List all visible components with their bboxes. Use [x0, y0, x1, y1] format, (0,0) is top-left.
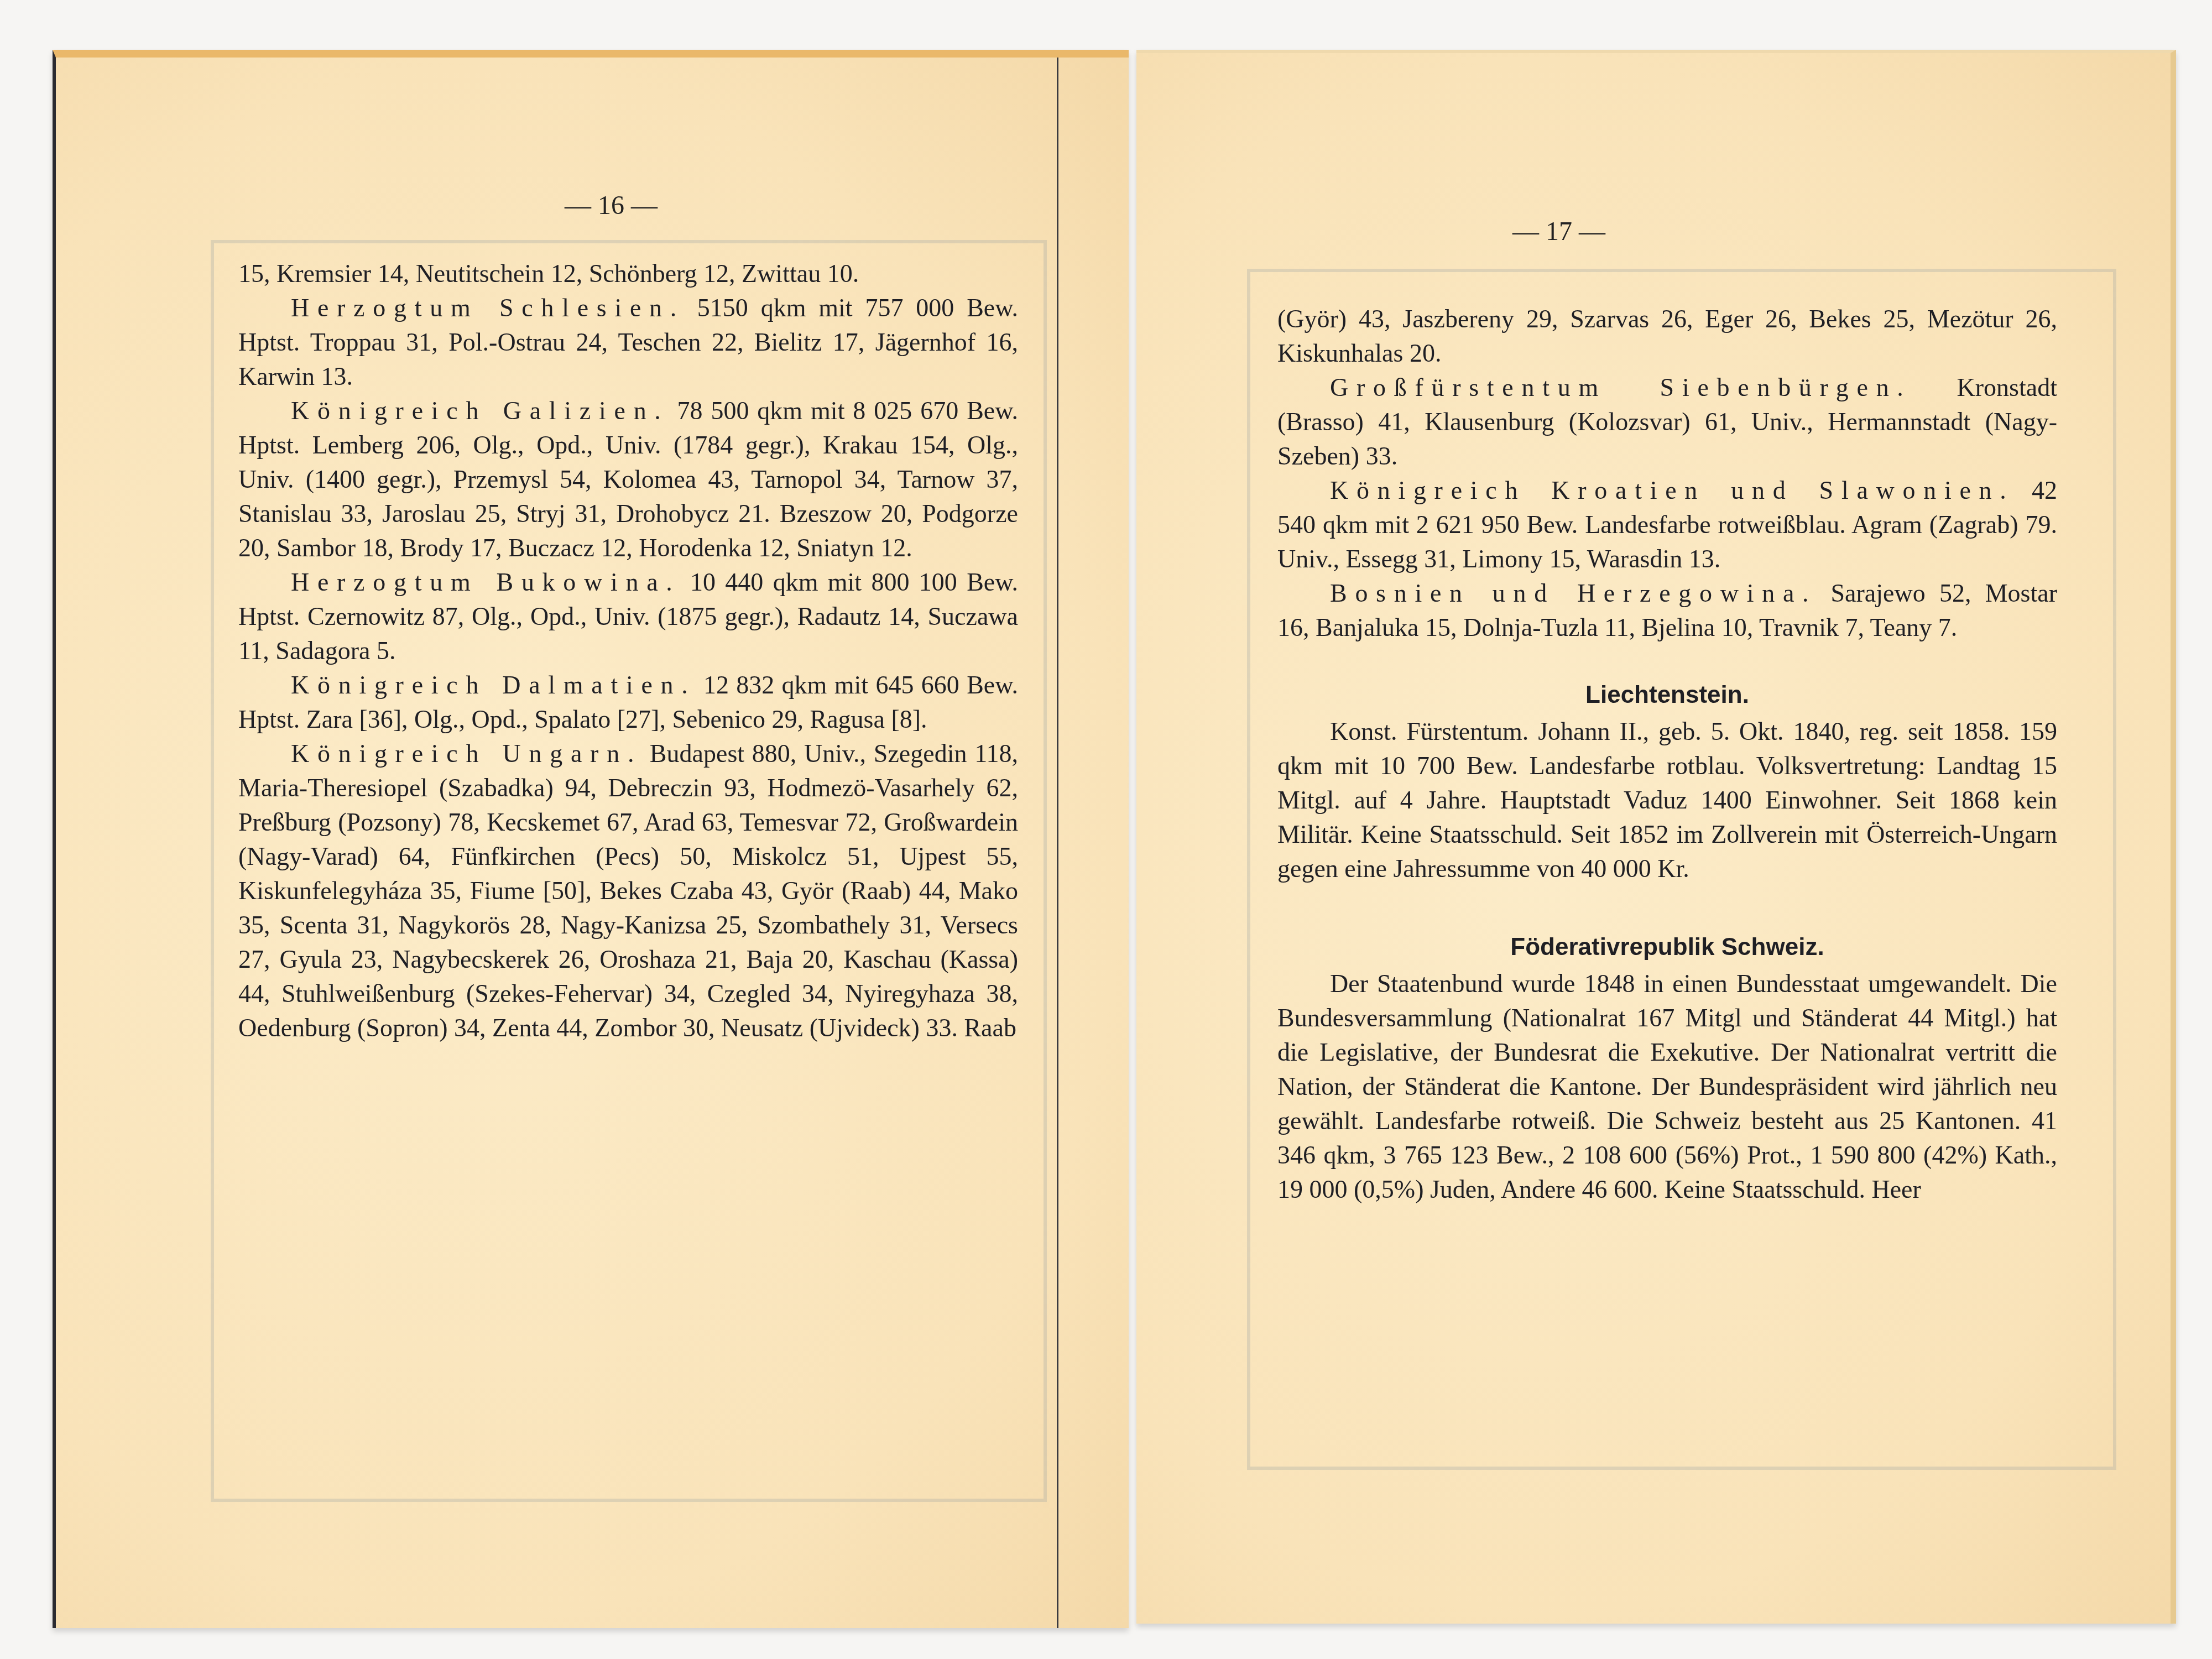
paragraph: (Györ) 43, Jaszbereny 29, Szarvas 26, Eg… — [1277, 302, 2057, 371]
entry-galizien: Königreich Galizien. 78 500 qkm mit 8 02… — [238, 394, 1018, 565]
left-page: — 16 — 15, Kremsier 14, Neutitschein 12,… — [53, 50, 1129, 1628]
open-booklet: — 16 — 15, Kremsier 14, Neutitschein 12,… — [53, 50, 2171, 1631]
paragraph-text: 15, Kremsier 14, Neutitschein 12, Schönb… — [238, 259, 859, 288]
right-page: — 17 — (Györ) 43, Jaszbereny 29, Szarvas… — [1136, 50, 2176, 1624]
text-column: 15, Kremsier 14, Neutitschein 12, Schönb… — [238, 257, 1018, 1045]
entry-title: Königreich Ungarn. — [291, 739, 642, 768]
entry-title: Großfürstentum Siebenbürgen. — [1330, 373, 1912, 401]
section-heading-liechtenstein: Liechtenstein. — [1277, 678, 2057, 712]
entry-dalmatien: Königreich Dalmatien. 12 832 qkm mit 645… — [238, 668, 1018, 737]
schweiz-text: Der Staatenbund wurde 1848 in einen Bund… — [1277, 967, 2057, 1207]
paragraph-text: (Györ) 43, Jaszbereny 29, Szarvas 26, Eg… — [1277, 305, 2057, 367]
entry-siebenbuergen: Großfürstentum Siebenbürgen. Kronstadt (… — [1277, 371, 2057, 473]
entry-ungarn: Königreich Ungarn. Budapest 880, Univ., … — [238, 737, 1018, 1045]
entry-title: Königreich Dalmatien. — [291, 671, 696, 699]
section-heading-schweiz: Föderativrepublik Schweiz. — [1277, 930, 2057, 964]
entry-title: Königreich Galizien. — [291, 397, 669, 425]
text-column: (Györ) 43, Jaszbereny 29, Szarvas 26, Eg… — [1277, 302, 2057, 1207]
liechtenstein-text: Konst. Fürstentum. Johann II., geb. 5. O… — [1277, 714, 2057, 886]
page-number: — 17 — — [1512, 216, 1605, 247]
entry-title: Bosnien und Herzegowina. — [1330, 579, 1817, 607]
entry-title: Königreich Kroatien und Slawonien. — [1330, 476, 2015, 504]
entry-title: Herzogtum Bukowina. — [291, 568, 681, 596]
entry-title: Herzogtum Schlesien. — [291, 294, 685, 322]
entry-schlesien: Herzogtum Schlesien. 5150 qkm mit 757 00… — [238, 291, 1018, 394]
paragraph: 15, Kremsier 14, Neutitschein 12, Schönb… — [238, 257, 1018, 291]
entry-bosnien: Bosnien und Herzegowina. Sarajewo 52, Mo… — [1277, 576, 2057, 645]
page-crease — [1057, 58, 1058, 1628]
entry-text: Budapest 880, Univ., Szegedin 118, Maria… — [238, 739, 1018, 1042]
entry-bukowina: Herzogtum Bukowina. 10 440 qkm mit 800 1… — [238, 565, 1018, 668]
page-number: — 16 — — [565, 190, 658, 221]
entry-kroatien: Königreich Kroatien und Slawonien. 42 54… — [1277, 473, 2057, 576]
